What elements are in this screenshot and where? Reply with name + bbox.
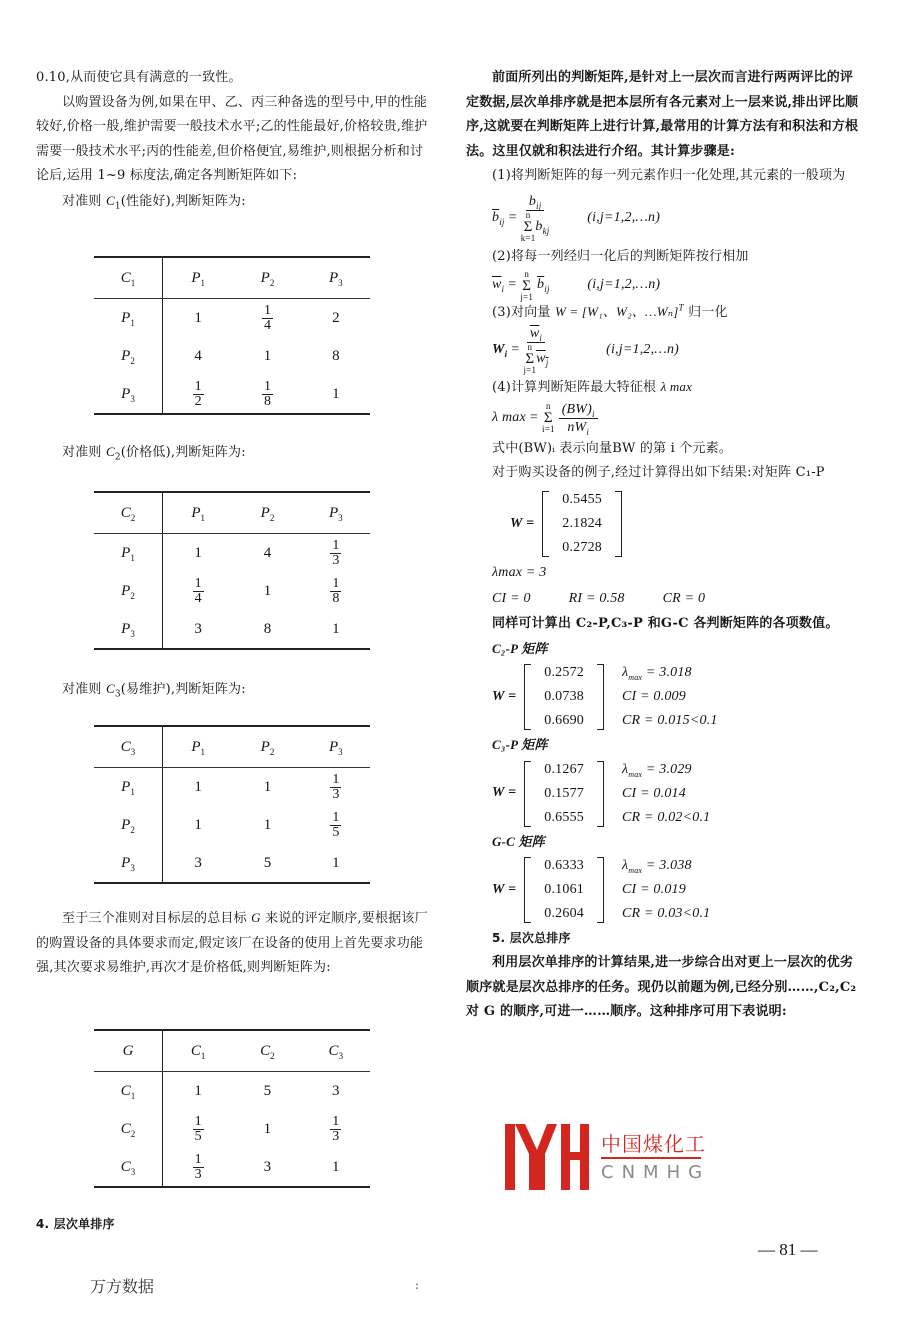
step2: (2)将每一列经归一化后的判断矩阵按行相加 [466, 245, 864, 270]
table-cell: 15 [302, 806, 370, 844]
table-cell: 5 [233, 1072, 301, 1111]
c1-intro: 对准则 C1(性能好),判断矩阵为: [36, 189, 436, 215]
fraction: 14 [193, 577, 204, 606]
right-column: 前面所列出的判断矩阵,是针对上一层次而言进行两两评比的评定数据,层次单排序就是把… [466, 66, 864, 1025]
table-row: C1153 [94, 1072, 370, 1111]
row-header: P2 [94, 337, 163, 375]
table-cell: 14 [233, 299, 301, 338]
section5-heading: 5. 层次总排序 [466, 926, 864, 951]
bw-note: 式中(BW)ᵢ 表示向量BW 的第 i 个元素。 [466, 437, 864, 462]
fraction: 12 [193, 380, 204, 409]
paragraph: 以购置设备为例,如果在甲、乙、丙三种备选的型号中,甲的性能较好,价格一般,维护需… [36, 91, 436, 189]
row-header: P1 [94, 534, 163, 573]
step1: (1)将判断矩阵的每一列元素作归一化处理,其元素的一般项为 [466, 164, 864, 189]
table-cell: 8 [233, 610, 301, 649]
section4-heading: 4. 层次单排序 [36, 1212, 436, 1237]
formula-normalize-vector: Wi = winΣj=1wj (i,j=1,2,…n) [466, 325, 864, 375]
table-cell: 14 [163, 572, 234, 610]
column-header: C2 [233, 1030, 301, 1072]
corner-cell: C2 [94, 492, 163, 534]
row-header: P3 [94, 610, 163, 649]
table-cell: 18 [233, 375, 301, 414]
table-cell: 3 [302, 1072, 370, 1111]
table-row: P11413 [94, 534, 370, 573]
fraction: 15 [330, 811, 341, 840]
table-cell: 3 [163, 844, 234, 883]
column-header: P1 [163, 257, 234, 299]
table-cell: 1 [302, 1148, 370, 1187]
paragraph: 0.10,从而使它具有满意的一致性。 [36, 66, 436, 91]
table-cell: 8 [302, 337, 370, 375]
row-header: C3 [94, 1148, 163, 1187]
c3-intro: 对准则 C3(易维护),判断矩阵为: [36, 677, 436, 703]
table-cell: 13 [302, 534, 370, 573]
watermark-en: CNMHG [601, 1162, 710, 1183]
c2p-title: C₂-P 矩阵 [466, 637, 864, 662]
formula-normalize: bij = bijnΣk=1bkj (i,j=1,2,…n) [466, 189, 864, 245]
table-header-row: C3P1P2P3 [94, 726, 370, 768]
step4: (4)计算判断矩阵最大特征根 λ max [466, 375, 864, 401]
column-header: P3 [302, 492, 370, 534]
formula-row-sum: wi = nΣj=1bij (i,j=1,2,…n) [466, 270, 864, 300]
table-row: P3381 [94, 610, 370, 649]
table-cell: 1 [163, 768, 234, 807]
table-cell: 1 [302, 375, 370, 414]
c1p-weight-vector: W = 0.5455 2.1824 0.2728 [510, 488, 864, 560]
column-header: P2 [233, 257, 301, 299]
column-header: P2 [233, 492, 301, 534]
fraction: 13 [330, 773, 341, 802]
page-number: — 81 — [758, 1240, 818, 1260]
table-cell: 15 [163, 1110, 234, 1148]
column-header: C1 [163, 1030, 234, 1072]
table-row: C215113 [94, 1110, 370, 1148]
watermark-divider [601, 1157, 701, 1159]
fraction: 13 [330, 1115, 341, 1144]
matrix-table-c1: C1P1P2P3P11142P2418P312181 [94, 256, 370, 415]
source-label: 万方数据 [90, 1274, 154, 1297]
scan-artifact: : [415, 1278, 419, 1292]
fraction: 18 [330, 577, 341, 606]
fraction: 18 [262, 380, 273, 409]
table-cell: 1 [233, 337, 301, 375]
fraction: 13 [193, 1153, 204, 1182]
table-row: P21115 [94, 806, 370, 844]
row-header: P2 [94, 572, 163, 610]
table-cell: 1 [233, 768, 301, 807]
gc-result: W = 0.6333 0.1061 0.2604 λmax = 3.038 CI… [492, 854, 864, 926]
matrix-table-c3: C3P1P2P3P11113P21115P3351 [94, 725, 370, 884]
table-header-row: GC1C2C3 [94, 1030, 370, 1072]
table-cell: 1 [163, 1072, 234, 1111]
cnmhg-logo-icon [505, 1124, 589, 1190]
table-cell: 1 [163, 806, 234, 844]
row-header: C1 [94, 1072, 163, 1111]
step3: (3)对向量 W = [W₁、W₂、…Wₙ]T 归一化 [466, 300, 864, 326]
table-cell: 1 [302, 844, 370, 883]
table-row: P11113 [94, 768, 370, 807]
example-intro: 对于购买设备的例子,经过计算得出如下结果:对矩阵 C₁-P [466, 461, 864, 486]
row-header: P3 [94, 375, 163, 414]
table-cell: 1 [163, 299, 234, 338]
table-cell: 5 [233, 844, 301, 883]
corner-cell: G [94, 1030, 163, 1072]
section5-text: 利用层次单排序的计算结果,进一步综合出对更上一层次的优劣顺序就是层次总排序的任务… [466, 951, 864, 1025]
table-row: P312181 [94, 375, 370, 414]
gc-title: G-C 矩阵 [466, 830, 864, 855]
goal-paragraph: 至于三个准则对目标层的总目标 G 来说的评定顺序,要根据该厂的购置设备的具体要求… [36, 906, 436, 981]
matrix-table-g: GC1C2C3C1153C215113C31331 [94, 1029, 370, 1188]
corner-cell: C3 [94, 726, 163, 768]
c2p-result: W = 0.2572 0.0738 0.6690 λmax = 3.018 CI… [492, 661, 864, 733]
row-header: C2 [94, 1110, 163, 1148]
left-column: 0.10,从而使它具有满意的一致性。 以购置设备为例,如果在甲、乙、丙三种备选的… [36, 66, 436, 215]
table-row: P2418 [94, 337, 370, 375]
row-header: P2 [94, 806, 163, 844]
table-header-row: C1P1P2P3 [94, 257, 370, 299]
same-calc: 同样可计算出 C₂-P,C₃-P 和G-C 各判断矩阵的各项数值。 [466, 612, 864, 637]
table-cell: 3 [233, 1148, 301, 1187]
formula-lambda-max: λ max = nΣi=1(BW)inWi [466, 401, 864, 437]
fraction: 14 [262, 304, 273, 333]
table-cell: 4 [163, 337, 234, 375]
column-header: P2 [233, 726, 301, 768]
table-cell: 13 [163, 1148, 234, 1187]
table-cell: 18 [302, 572, 370, 610]
table-cell: 1 [233, 572, 301, 610]
watermark-cn: 中国煤化工 [601, 1128, 708, 1157]
column-header: C3 [302, 1030, 370, 1072]
c1p-lambda: λmax = 3 [466, 560, 864, 586]
matrix-table-c2: C2P1P2P3P11413P214118P3381 [94, 491, 370, 650]
c1p-consistency: CI = 0RI = 0.58CR = 0 [466, 586, 864, 612]
goal-paragraph-block: 至于三个准则对目标层的总目标 G 来说的评定顺序,要根据该厂的购置设备的具体要求… [36, 906, 436, 981]
c2-intro-block: 对准则 C2(价格低),判断矩阵为: [36, 440, 436, 466]
corner-cell: C1 [94, 257, 163, 299]
table-row: P214118 [94, 572, 370, 610]
fraction: 13 [330, 539, 341, 568]
c2-intro: 对准则 C2(价格低),判断矩阵为: [36, 440, 436, 466]
table-row: P3351 [94, 844, 370, 883]
condition: (i,j=1,2,…n) [587, 210, 660, 225]
row-header: P1 [94, 299, 163, 338]
c3p-result: W = 0.1267 0.1577 0.6555 λmax = 3.029 CI… [492, 758, 864, 830]
table-cell: 1 [302, 610, 370, 649]
column-header: P3 [302, 257, 370, 299]
table-header-row: C2P1P2P3 [94, 492, 370, 534]
table-cell: 13 [302, 1110, 370, 1148]
section4-block: 4. 层次单排序 [36, 1212, 436, 1237]
fraction: 15 [193, 1115, 204, 1144]
paper-page: 0.10,从而使它具有满意的一致性。 以购置设备为例,如果在甲、乙、丙三种备选的… [0, 0, 904, 1320]
table-row: C31331 [94, 1148, 370, 1187]
table-cell: 12 [163, 375, 234, 414]
table-cell: 13 [302, 768, 370, 807]
table-cell: 4 [233, 534, 301, 573]
table-cell: 3 [163, 610, 234, 649]
table-cell: 1 [233, 806, 301, 844]
row-header: P1 [94, 768, 163, 807]
row-header: P3 [94, 844, 163, 883]
c3p-title: C₃-P 矩阵 [466, 733, 864, 758]
paragraph: 前面所列出的判断矩阵,是针对上一层次而言进行两两评比的评定数据,层次单排序就是把… [466, 66, 864, 164]
column-header: P3 [302, 726, 370, 768]
c3-intro-block: 对准则 C3(易维护),判断矩阵为: [36, 677, 436, 703]
table-row: P11142 [94, 299, 370, 338]
table-cell: 1 [233, 1110, 301, 1148]
watermark-logo: 中国煤化工 CNMHG [505, 1124, 720, 1190]
table-cell: 1 [163, 534, 234, 573]
column-header: P1 [163, 726, 234, 768]
column-header: P1 [163, 492, 234, 534]
table-cell: 2 [302, 299, 370, 338]
